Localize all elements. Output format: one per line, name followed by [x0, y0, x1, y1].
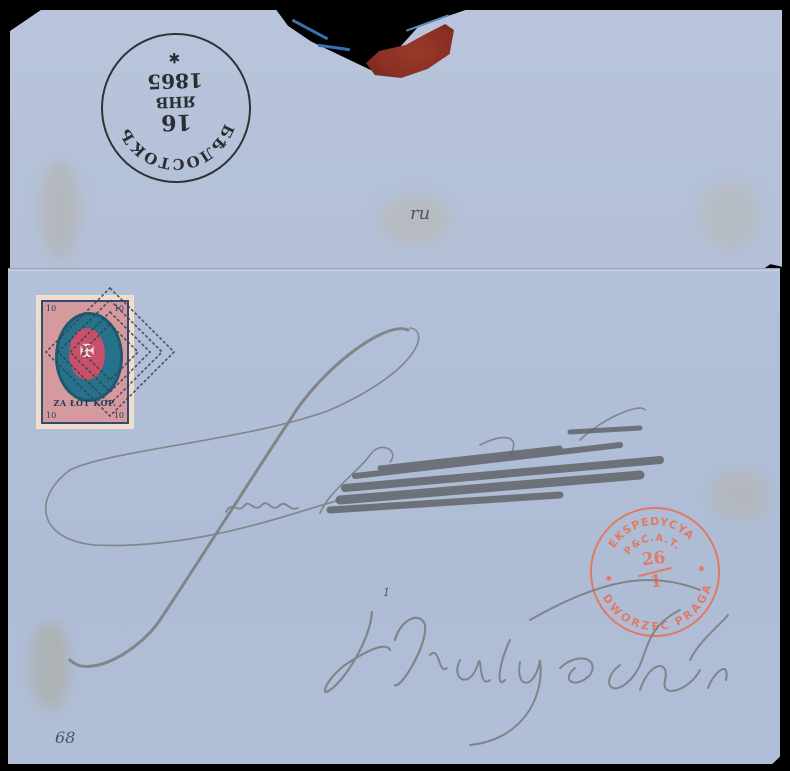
ink-mark: 1	[383, 586, 390, 599]
pencil-note: 68	[55, 728, 75, 747]
eagle-icon: ✠	[78, 340, 96, 364]
stamp-corner-value: 10	[114, 304, 124, 313]
postmark-star: ✱	[168, 49, 180, 65]
stain	[40, 160, 80, 260]
stamp-corner-value: 10	[114, 411, 124, 420]
stamp-inscription: ZA ŁÓT KOP.	[43, 398, 127, 408]
postage-stamp: 10 10 10 10 ✠ ZA ŁÓT KOP.	[37, 296, 133, 428]
stain	[700, 180, 760, 250]
pencil-note: ru	[410, 203, 430, 224]
stamp-corner-value: 10	[46, 411, 56, 420]
letter-cover: БѢЛОСТОКЪ ✱ 16 ЯНВ 1865 10 10 10 10 ✠ ZA…	[0, 0, 790, 771]
fold-line	[8, 268, 780, 271]
torn-top-gap	[345, 0, 397, 54]
stain	[30, 620, 70, 710]
receiving-postmark: EKSPEDYCYA P&C.A.T. DWORZEC PRAGA 26 1	[584, 501, 727, 644]
postmark-year: 1865	[102, 66, 249, 95]
stamp-corner-value: 10	[46, 304, 56, 313]
stain	[710, 470, 770, 520]
origin-postmark: БѢЛОСТОКЪ ✱ 16 ЯНВ 1865	[98, 30, 253, 185]
